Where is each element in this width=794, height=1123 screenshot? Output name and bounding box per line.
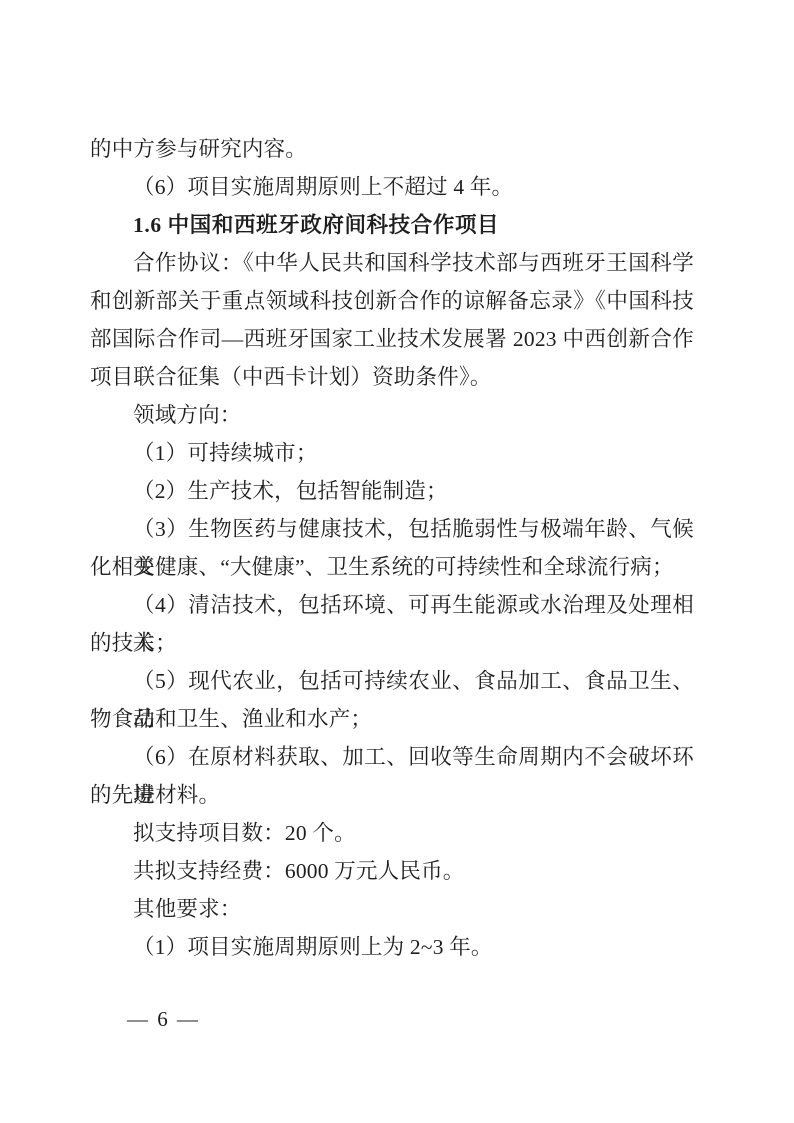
text-line: 合作协议：《中华人民共和国科学技术部与西班牙王国科学 [90, 244, 694, 282]
section-heading-1-6: 1.6 中国和西班牙政府间科技合作项目 [90, 206, 694, 244]
text-line: 部国际合作司—西班牙国家工业技术发展署 2023 中西创新合作 [90, 320, 694, 358]
text-line: 的技术； [90, 624, 694, 662]
text-line: 化相关健康、“大健康”、卫生系统的可持续性和全球流行病； [90, 548, 694, 586]
text-line: 领域方向： [90, 396, 694, 434]
text-line: 物食品和卫生、渔业和水产； [90, 700, 694, 738]
document-body: 的中方参与研究内容。 （6）项目实施周期原则上不超过 4 年。 1.6 中国和西… [90, 130, 694, 966]
text-line: 拟支持项目数：20 个。 [90, 814, 694, 852]
text-line: 的先进材料。 [90, 776, 694, 814]
document-page: 的中方参与研究内容。 （6）项目实施周期原则上不超过 4 年。 1.6 中国和西… [0, 0, 794, 1123]
list-item-1: （1）可持续城市； [90, 434, 694, 472]
text-line: （6）项目实施周期原则上不超过 4 年。 [90, 168, 694, 206]
list-item-2: （2）生产技术，包括智能制造； [90, 472, 694, 510]
list-item-4: （4）清洁技术，包括环境、可再生能源或水治理及处理相关 [90, 586, 694, 624]
text-line: 其他要求： [90, 890, 694, 928]
list-item-6: （6）在原材料获取、加工、回收等生命周期内不会破坏环境 [90, 738, 694, 776]
page-number: — 6 — [127, 1000, 200, 1038]
text-line: 共拟支持经费：6000 万元人民币。 [90, 852, 694, 890]
text-line: 的中方参与研究内容。 [90, 130, 694, 168]
text-line: 和创新部关于重点领域科技创新合作的谅解备忘录》《中国科技 [90, 282, 694, 320]
text-line: 项目联合征集（中西卡计划）资助条件》。 [90, 358, 694, 396]
list-item-3: （3）生物医药与健康技术，包括脆弱性与极端年龄、气候变 [90, 510, 694, 548]
text-line: （1）项目实施周期原则上为 2~3 年。 [90, 928, 694, 966]
list-item-5: （5）现代农业，包括可持续农业、食品加工、食品卫生、动 [90, 662, 694, 700]
